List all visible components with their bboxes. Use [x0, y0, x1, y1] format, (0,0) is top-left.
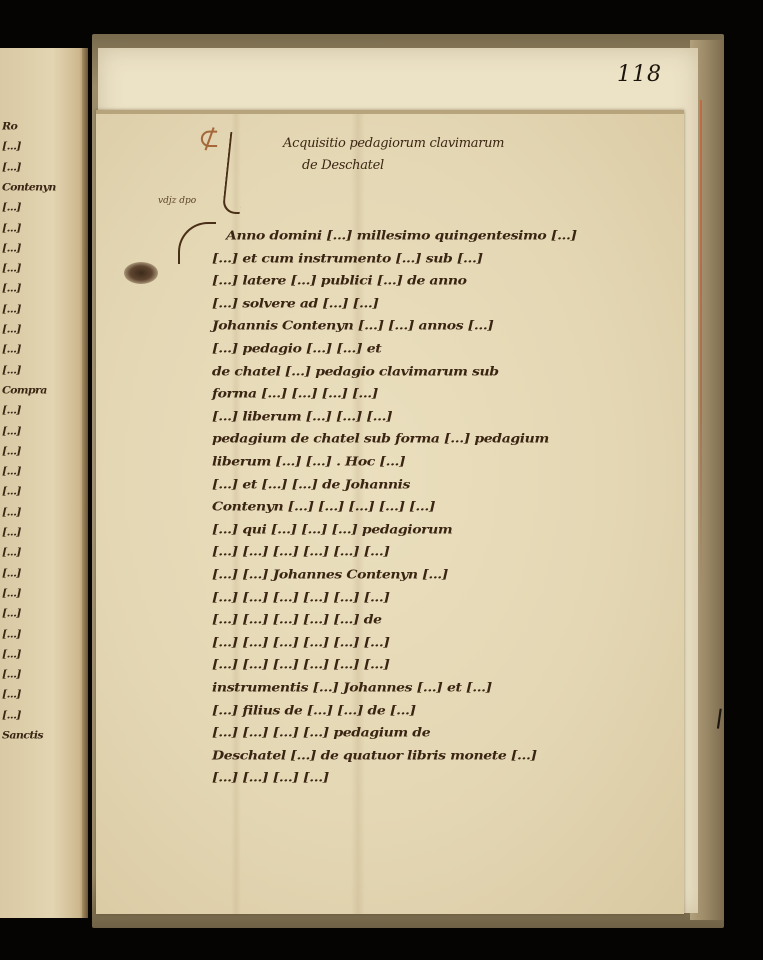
- text-line: [...] solvere ad [...] [...]: [212, 297, 379, 311]
- verso-text-line: [...]: [2, 466, 84, 478]
- verso-text-line: [...]: [2, 567, 84, 579]
- verso-text-line: [...]: [2, 242, 84, 254]
- verso-text-line: [...]: [2, 222, 84, 234]
- heading-line-2: de Deschatel: [302, 158, 384, 173]
- text-line: forma [...] [...] [...] [...]: [212, 387, 378, 401]
- verso-page: Ro[...][...]Contenyn[...][...][...][...]…: [0, 48, 88, 918]
- verso-text-line: [...]: [2, 648, 84, 660]
- side-note: vdjz dpo: [158, 196, 196, 206]
- verso-text-line: Contenyn: [2, 182, 84, 194]
- verso-text-line: [...]: [2, 263, 84, 275]
- notarial-sign-icon: ⊄: [198, 124, 220, 154]
- ink-stain: [124, 262, 158, 284]
- verso-text-line: Sanctis: [2, 730, 84, 742]
- text-line: instrumentis [...] Johannes [...] et [..…: [212, 681, 492, 695]
- text-line: [...] [...] [...] [...] [...] [...]: [212, 591, 390, 605]
- verso-text-line: [...]: [2, 283, 84, 295]
- text-line: [...] qui [...] [...] [...] pedagiorum: [212, 523, 452, 537]
- verso-text-line: [...]: [2, 405, 84, 417]
- verso-text-line: [...]: [2, 547, 84, 559]
- verso-text-line: [...]: [2, 506, 84, 518]
- text-line: [...] [...] [...] [...] [...] [...]: [212, 546, 390, 560]
- verso-text-line: [...]: [2, 324, 84, 336]
- verso-text-line: [...]: [2, 527, 84, 539]
- verso-text-line: [...]: [2, 202, 84, 214]
- text-line: Anno domini [...] millesimo quingentesim…: [226, 229, 577, 243]
- red-margin-rule: [700, 100, 702, 600]
- verso-text-line: [...]: [2, 425, 84, 437]
- folio-number: 118: [617, 62, 662, 87]
- text-line: [...] liberum [...] [...] [...]: [212, 410, 392, 424]
- verso-text-line: Compra: [2, 385, 84, 397]
- text-line: [...] [...] Johannes Contenyn [...]: [212, 568, 448, 582]
- verso-text-line: [...]: [2, 608, 84, 620]
- text-line: [...] et [...] [...] de Johannis: [212, 478, 410, 492]
- text-line: [...] et cum instrumento [...] sub [...]: [212, 252, 483, 266]
- text-line: Contenyn [...] [...] [...] [...] [...]: [212, 500, 435, 514]
- verso-text-line: [...]: [2, 344, 84, 356]
- verso-text-line: [...]: [2, 303, 84, 315]
- text-line: [...] [...] [...] [...] pedagium de: [212, 726, 430, 740]
- text-line: [...] [...] [...] [...] [...] de: [212, 613, 382, 627]
- verso-text-line: [...]: [2, 669, 84, 681]
- text-line: [...] latere [...] publici [...] de anno: [212, 274, 467, 288]
- text-line: pedagium de chatel sub forma [...] pedag…: [212, 433, 549, 447]
- verso-text-line: [...]: [2, 689, 84, 701]
- verso-text-line: Ro: [2, 121, 84, 133]
- verso-text-line: [...]: [2, 588, 84, 600]
- verso-text-line: [...]: [2, 364, 84, 376]
- text-line: [...] [...] [...] [...] [...] [...]: [212, 659, 390, 673]
- verso-text-line: [...]: [2, 486, 84, 498]
- text-line: [...] pedagio [...] [...] et: [212, 342, 381, 356]
- verso-text-line: [...]: [2, 141, 84, 153]
- text-line: liberum [...] [...] . Hoc [...]: [212, 455, 405, 469]
- verso-text-line: [...]: [2, 709, 84, 721]
- gutter: [82, 48, 88, 918]
- text-line: [...] filius de [...] [...] de [...]: [212, 704, 416, 718]
- heading-line-1: Acquisitio pedagiorum clavimarum: [283, 136, 504, 151]
- verso-text-line: [...]: [2, 628, 84, 640]
- verso-text-line: [...]: [2, 161, 84, 173]
- text-line: [...] [...] [...] [...] [...] [...]: [212, 636, 390, 650]
- verso-text-line: [...]: [2, 445, 84, 457]
- text-line: Deschatel [...] de quatuor libris monete…: [212, 749, 537, 763]
- text-line: Johannis Contenyn [...] [...] annos [...…: [212, 320, 494, 334]
- text-line: de chatel [...] pedagio clavimarum sub: [212, 365, 499, 379]
- text-line: [...] [...] [...] [...]: [212, 772, 329, 786]
